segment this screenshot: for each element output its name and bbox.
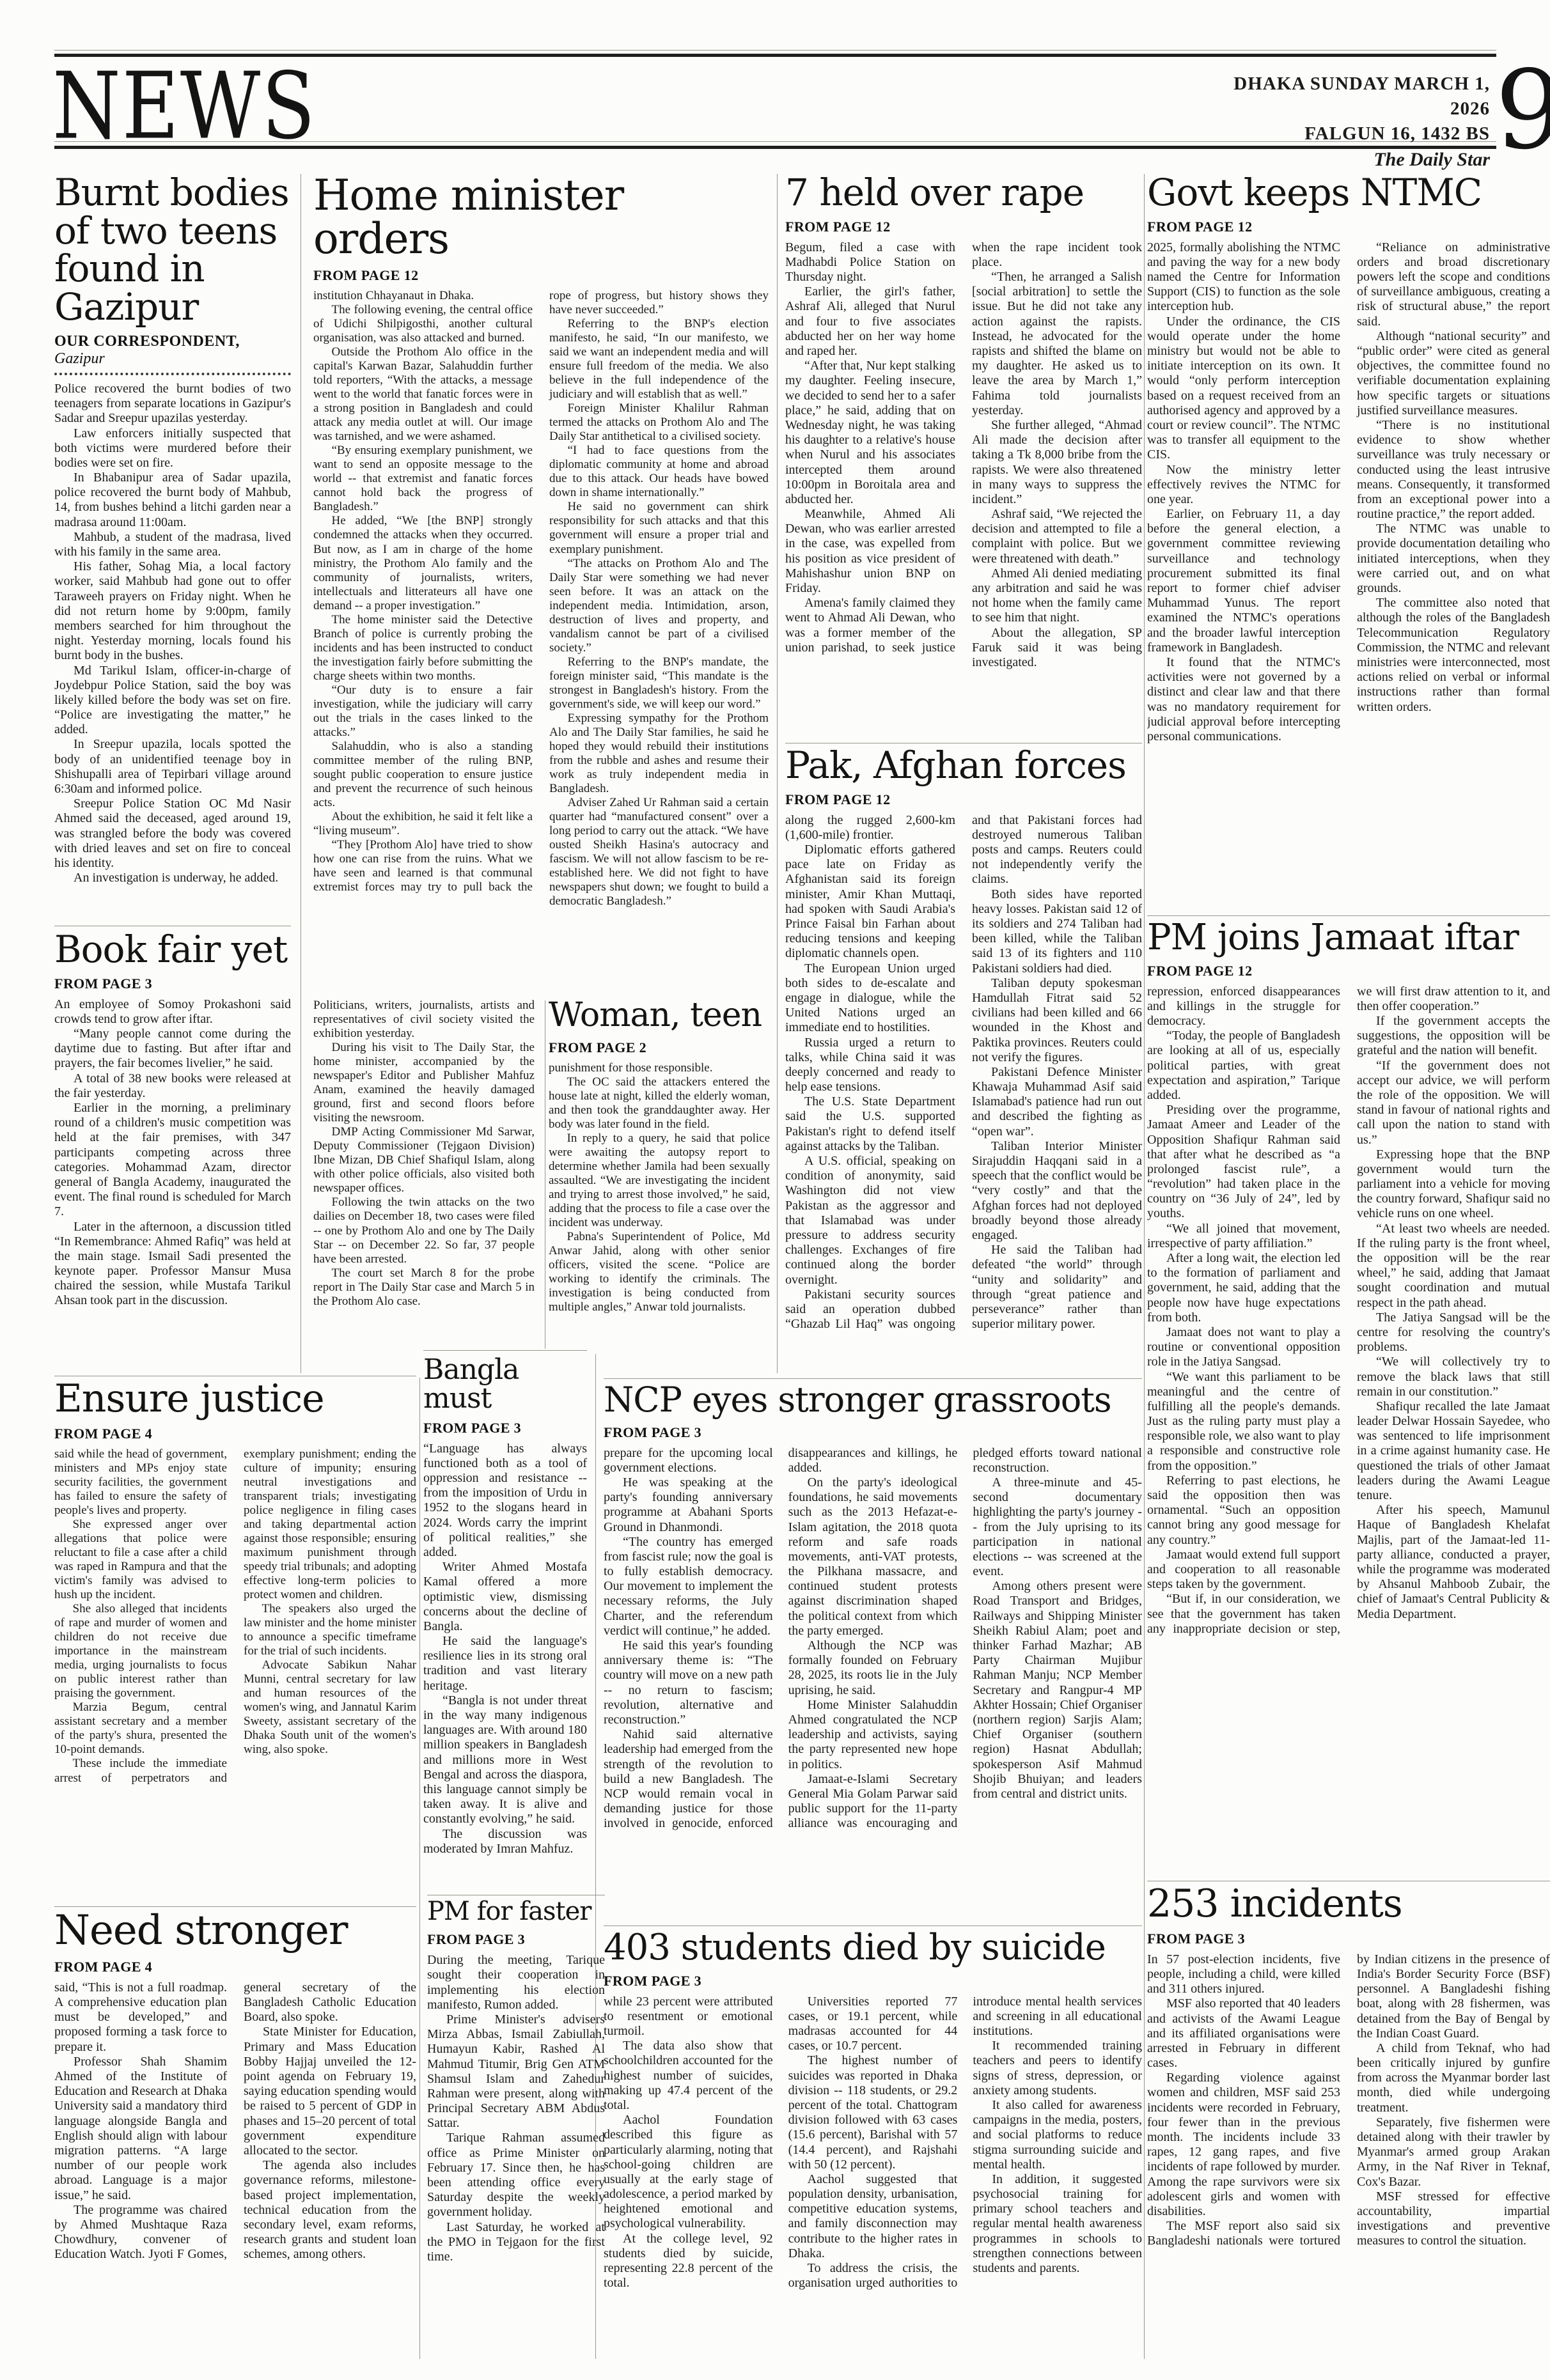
byline: OUR CORRESPONDENT, Gazipur: [54, 333, 291, 368]
body-text: Police recovered the burnt bodies of two…: [54, 382, 291, 923]
body-text: During the meeting, Tarique sought their…: [427, 1953, 605, 2354]
article-home-minister-continuation: Politicians, writers, journalists, artis…: [313, 999, 535, 1350]
headline: NCP eyes stronger grassroots: [604, 1382, 1142, 1418]
body-text: Politicians, writers, journalists, artis…: [313, 999, 535, 1350]
masthead-dateline: DHAKA SUNDAY MARCH 1, 2026 FALGUN 16, 14…: [1209, 72, 1490, 171]
from-page-tag: FROM PAGE 2: [549, 1039, 770, 1056]
section-title: NEWS: [52, 60, 317, 152]
body-text: institution Chhayanaut in Dhaka.The foll…: [313, 289, 769, 995]
column-divider: [777, 174, 778, 1373]
section-rule: [1147, 1881, 1550, 1881]
from-page-tag: FROM PAGE 12: [1147, 963, 1550, 979]
page-number: 9: [1495, 56, 1550, 165]
headline: Burnt bodies of two teens found in Gazip…: [54, 174, 291, 327]
article-burnt-bodies: Burnt bodies of two teens found in Gazip…: [54, 174, 291, 923]
article-pm-for-faster: PM for faster FROM PAGE 3 During the mee…: [427, 1899, 605, 2359]
headline: PM for faster: [427, 1899, 605, 1925]
newspaper-page: NEWS DHAKA SUNDAY MARCH 1, 2026 FALGUN 1…: [0, 0, 1550, 2380]
masthead-rule-thin-top: [54, 50, 1496, 51]
section-rule: [54, 1376, 416, 1376]
headline: 253 incidents: [1147, 1885, 1550, 1924]
article-253-incidents: 253 incidents FROM PAGE 3 In 57 post-ele…: [1147, 1885, 1550, 2359]
headline: Pak, Afghan forces: [785, 747, 1142, 785]
from-page-tag: FROM PAGE 3: [604, 1973, 1142, 1989]
body-text: said while the head of government, minis…: [54, 1447, 416, 1888]
paper-name: The Daily Star: [1209, 149, 1490, 171]
section-rule: [1147, 915, 1550, 916]
date-line: DHAKA SUNDAY MARCH 1, 2026: [1209, 72, 1490, 121]
headline: 403 students died by suicide: [604, 1929, 1142, 1966]
article-woman-teen: Woman, teen FROM PAGE 2 punishment for t…: [549, 999, 770, 1354]
body-text: repression, enforced disappearances and …: [1147, 984, 1550, 1858]
article-ensure-justice: Ensure justice FROM PAGE 4 said while th…: [54, 1380, 416, 1899]
article-bangla-must: Bangla must FROM PAGE 3 “Language has al…: [423, 1355, 587, 1917]
column-divider: [419, 1378, 420, 2359]
headline: Woman, teen: [549, 999, 770, 1033]
article-book-fair-yet: Book fair yet FROM PAGE 3 An employee of…: [54, 931, 291, 1372]
article-pm-joins-jamaat-iftar: PM joins Jamaat iftar FROM PAGE 12 repre…: [1147, 919, 1550, 1872]
headline: 7 held over rape: [785, 174, 1142, 212]
body-text: punishment for those responsible.The OC …: [549, 1061, 770, 1336]
column-divider: [1144, 174, 1145, 2359]
from-page-tag: FROM PAGE 12: [785, 219, 1142, 235]
article-ncp-grassroots: NCP eyes stronger grassroots FROM PAGE 3…: [604, 1382, 1142, 1923]
headline: PM joins Jamaat iftar: [1147, 919, 1550, 956]
body-text: along the rugged 2,600-km (1,600-mile) f…: [785, 813, 1142, 1358]
section-rule: [604, 1378, 1142, 1379]
headline: Bangla must: [423, 1355, 587, 1413]
column-divider: [545, 1000, 545, 1349]
article-7-held-over-rape: 7 held over rape FROM PAGE 12 Begum, fil…: [785, 174, 1142, 735]
section-rule: [54, 926, 291, 926]
from-page-tag: FROM PAGE 3: [1147, 1931, 1550, 1947]
article-403-students-suicide: 403 students died by suicide FROM PAGE 3…: [604, 1929, 1142, 2359]
from-page-tag: FROM PAGE 3: [604, 1424, 1142, 1441]
from-page-tag: FROM PAGE 3: [427, 1931, 605, 1948]
from-page-tag: FROM PAGE 12: [313, 267, 769, 284]
body-text: In 57 post-election incidents, five peop…: [1147, 1952, 1550, 2347]
headline: Govt keeps NTMC: [1147, 174, 1550, 212]
article-home-minister: Home minister orders FROM PAGE 12 instit…: [313, 174, 769, 995]
body-text: said, “This is not a full roadmap. A com…: [54, 1980, 416, 2345]
article-need-stronger: Need stronger FROM PAGE 4 said, “This is…: [54, 1910, 416, 2359]
from-page-tag: FROM PAGE 4: [54, 1426, 416, 1442]
from-page-tag: FROM PAGE 4: [54, 1959, 416, 1975]
section-rule: [54, 1906, 416, 1907]
article-govt-keeps-ntmc: Govt keeps NTMC FROM PAGE 12 2025, forma…: [1147, 174, 1550, 910]
byline-location: Gazipur: [54, 350, 105, 367]
column-divider: [301, 174, 301, 1373]
from-page-tag: FROM PAGE 12: [1147, 219, 1550, 235]
body-text: while 23 percent were attributed to rese…: [604, 1995, 1142, 2345]
byline-name: OUR CORRESPONDENT,: [54, 333, 240, 350]
calendar-line: FALGUN 16, 1432 BS: [1209, 121, 1490, 146]
from-page-tag: FROM PAGE 3: [423, 1420, 587, 1436]
dotted-rule: [54, 373, 291, 375]
body-text: Begum, filed a case with Madhabdi Police…: [785, 240, 1142, 725]
body-text: 2025, formally abolishing the NTMC and p…: [1147, 240, 1550, 900]
body-text: An employee of Somoy Prokashoni said cro…: [54, 997, 291, 1363]
headline: Ensure justice: [54, 1380, 416, 1419]
from-page-tag: FROM PAGE 12: [785, 791, 1142, 808]
body-text: “Language has always functioned both as …: [423, 1442, 587, 1917]
section-rule: [785, 743, 1142, 743]
article-pak-afghan-forces: Pak, Afghan forces FROM PAGE 12 along th…: [785, 747, 1142, 1372]
from-page-tag: FROM PAGE 3: [54, 976, 291, 992]
body-text: prepare for the upcoming local governmen…: [604, 1446, 1142, 1909]
section-rule: [604, 1925, 1142, 1926]
headline: Home minister orders: [313, 174, 769, 261]
headline: Book fair yet: [54, 931, 291, 969]
headline: Need stronger: [54, 1910, 416, 1952]
